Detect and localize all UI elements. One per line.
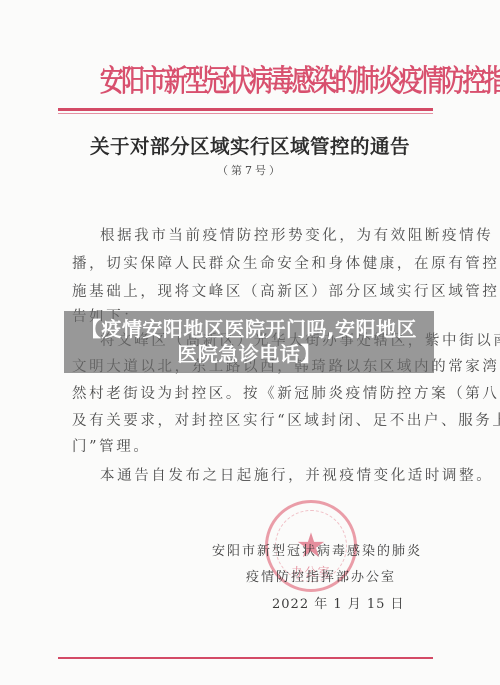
- body-line: 然村老街设为封控区。按《新冠肺炎疫情防控方案（第八版）》: [72, 384, 432, 404]
- notice-number: （第7号）: [0, 162, 500, 180]
- signature-line-1: 安阳市新型冠状病毒感染的肺炎: [212, 543, 422, 561]
- body-line: 本通告自发布之日起施行，并视疫情变化适时调整。: [100, 466, 460, 486]
- document-page: 安阳市新型冠状病毒感染的肺炎疫情防控指挥部办公室 关于对部分区域实行区域管控的通…: [0, 0, 500, 685]
- body-line: 及有关要求，对封控区实行“区域封闭、足不出户、服务上: [72, 411, 432, 431]
- issuer-header: 安阳市新型冠状病毒感染的肺炎疫情防控指挥部办公室: [100, 60, 400, 104]
- overlay-banner: 【疫情安阳地区医院开门吗,安阳地区 医院急诊电话】: [64, 311, 434, 373]
- notice-title: 关于对部分区域实行区域管控的通告: [0, 134, 500, 160]
- banner-title: 【疫情安阳地区医院开门吗,安阳地区 医院急诊电话】: [64, 317, 434, 367]
- body-line: 施基础上，现将文峰区（高新区）部分区域实行区域管控通: [72, 282, 432, 302]
- body-line: 门”管理。: [72, 437, 432, 457]
- body-line: 根据我市当前疫情防控形势变化，为有效阻断疫情传: [100, 226, 460, 246]
- signature-line-2: 疫情防控指挥部办公室: [246, 569, 396, 587]
- banner-line-1: 【疫情安阳地区医院开门吗,安阳地区: [64, 317, 434, 342]
- header-rule-thick: [58, 108, 433, 111]
- footer-rule: [58, 657, 433, 659]
- body-line: 播，切实保障人民群众生命安全和身体健康，在原有管控措: [72, 254, 432, 274]
- banner-line-2: 医院急诊电话】: [64, 342, 434, 367]
- header-rule-thin: [58, 113, 433, 114]
- signature-date: 2022 年 1 月 15 日: [272, 596, 405, 614]
